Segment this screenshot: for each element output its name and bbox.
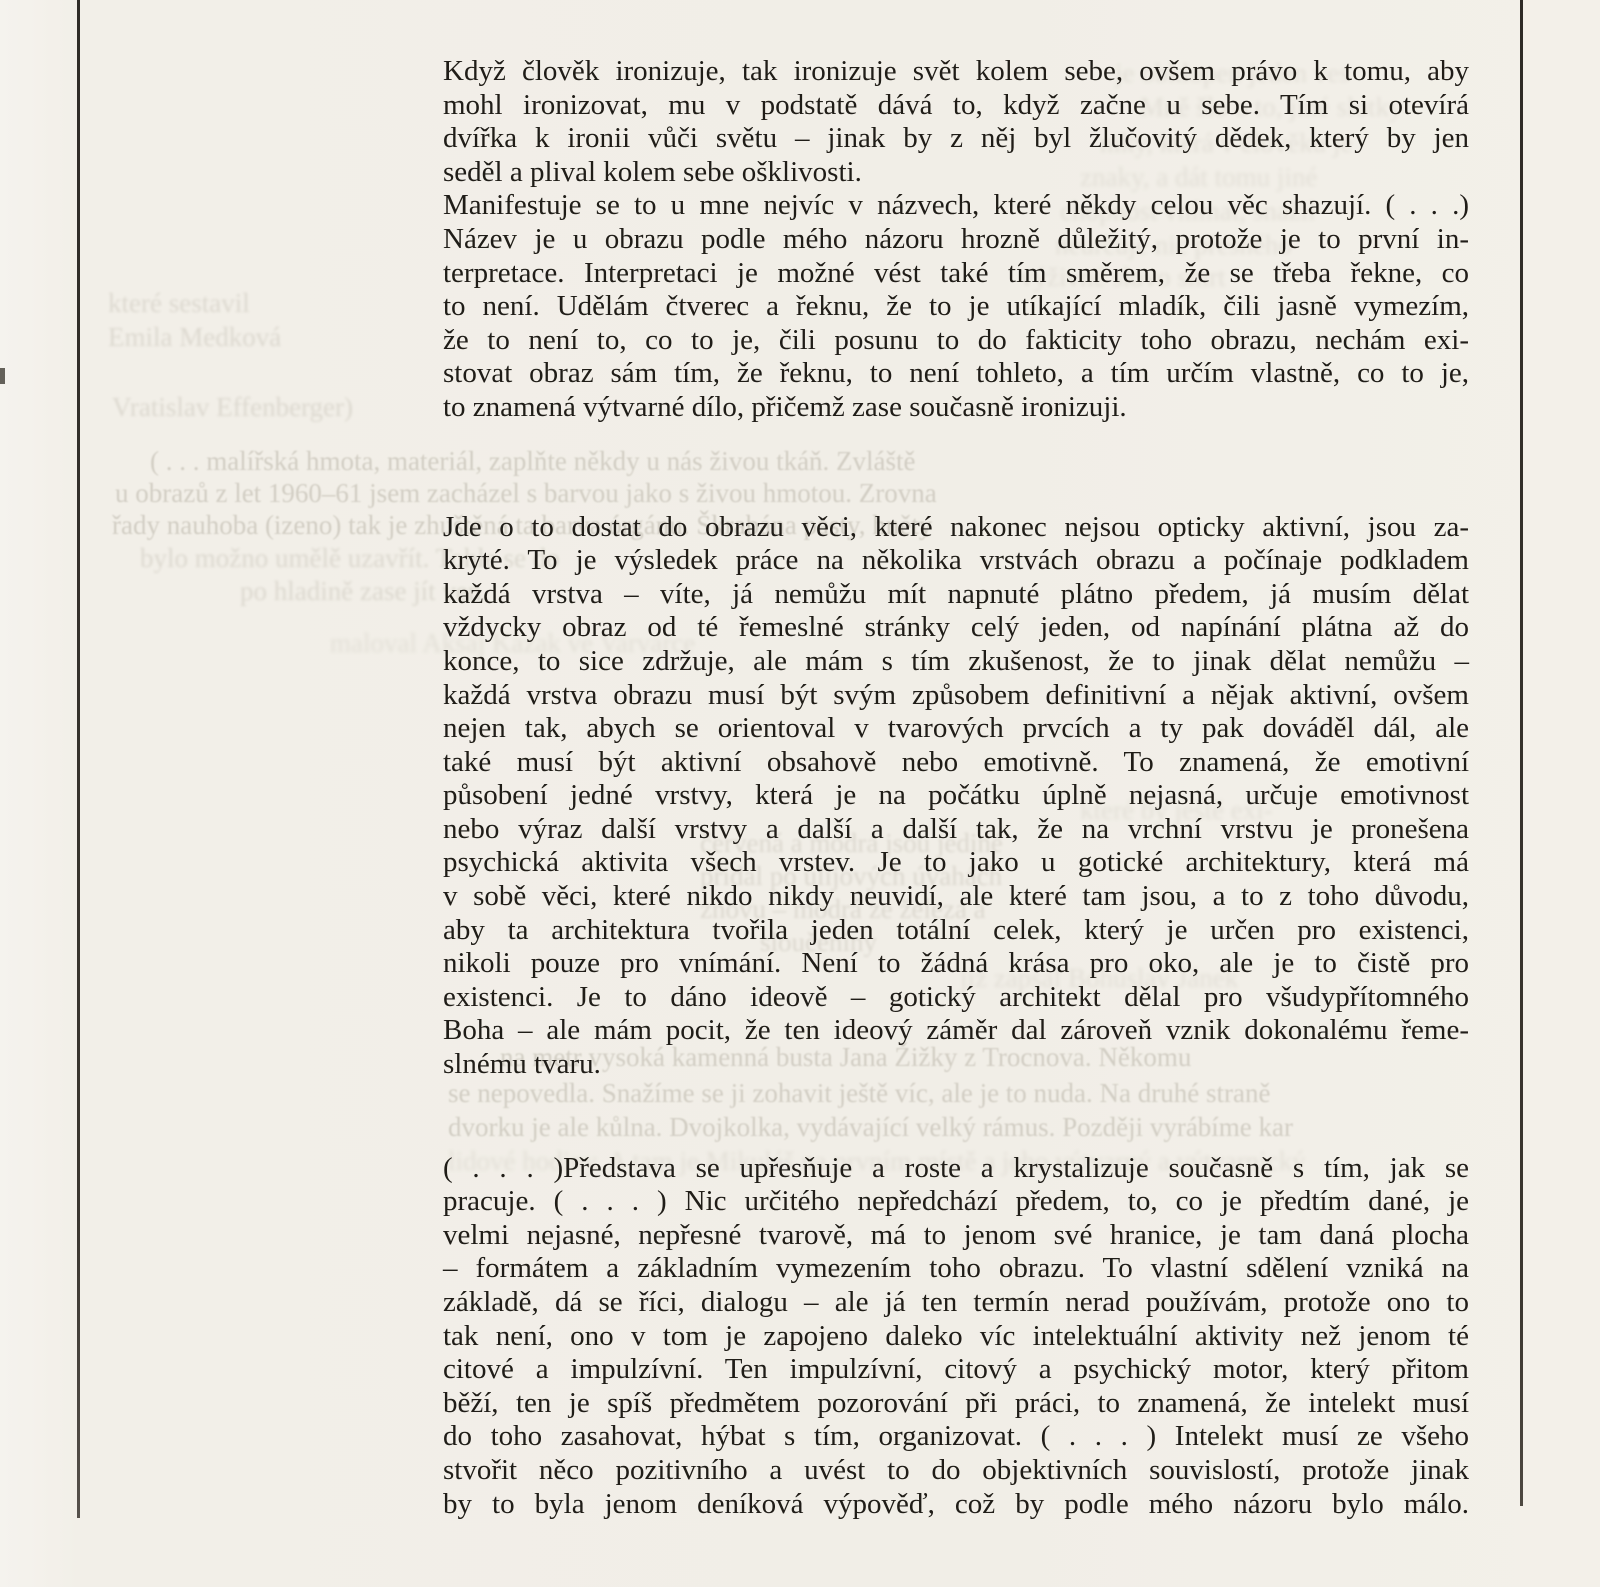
text-line: že to není to, co to je, čili posunu to … (443, 324, 1469, 358)
paragraph-idea-process: ( . . . )Představa se upřesňuje a roste … (443, 1152, 1469, 1522)
text-line: Boha – ale mám pocit, že ten ideový zámě… (443, 1014, 1469, 1048)
text-line: vždycky obraz od té řemeslné stránky cel… (443, 611, 1469, 645)
text-line: nikoli pouze pro vnímání. Není to žádná … (443, 947, 1469, 981)
text-line: aby ta architektura tvořila jeden totáln… (443, 914, 1469, 948)
text-line: konce, to sice zdržuje, ale mám s tím zk… (443, 645, 1469, 679)
text-line: v sobě věci, které nikdo nikdy neuvidí, … (443, 880, 1469, 914)
text-line: do toho zasahovat, hýbat s tím, organizo… (443, 1420, 1469, 1454)
main-text-column: Když člověk ironizuje, tak ironizuje svě… (443, 55, 1469, 1521)
text-line: terpretace. Interpretaci je možné vést t… (443, 257, 1469, 291)
text-line: Manifestuje se to u mne nejvíc v názvech… (443, 189, 1469, 223)
text-line: také musí být aktivní obsahově nebo emot… (443, 746, 1469, 780)
ghost-line: které sestavil (108, 288, 250, 319)
text-line: působení jedné vrstvy, která je na počát… (443, 779, 1469, 813)
paragraph-layers: Jde o to dostat do obrazu věci, které na… (443, 511, 1469, 1082)
text-line: by to byla jenom deníková výpověď, což b… (443, 1488, 1469, 1522)
book-page: je obklopen jeden ves Mně šlo o to, jiné… (0, 0, 1600, 1587)
text-line: – formátem a základním vymezením toho ob… (443, 1252, 1469, 1286)
text-line: existenci. Je to dáno ideově – gotický a… (443, 981, 1469, 1015)
text-line: pracuje. ( . . . ) Nic určitého nepředch… (443, 1185, 1469, 1219)
text-line: každá vrstva – víte, já nemůžu mít napnu… (443, 578, 1469, 612)
ghost-line: Vratislav Effenberger) (112, 392, 353, 423)
text-line: dvířka k ironii vůči světu – jinak by z … (443, 122, 1469, 156)
text-line: stvořit něco pozitivního a uvést to do o… (443, 1454, 1469, 1488)
text-line: běží, ten je spíš předmětem pozorování p… (443, 1387, 1469, 1421)
text-line: velmi nejasné, nepřesné tvarově, má to j… (443, 1219, 1469, 1253)
ghost-line: Emila Medková (108, 322, 281, 353)
text-line: seděl a plival kolem sebe ošklivosti. (443, 156, 1469, 190)
text-line: každá vrstva obrazu musí být svým způsob… (443, 679, 1469, 713)
text-line: stovat obraz sám tím, že řeknu, to není … (443, 357, 1469, 391)
text-line: základě, dá se říci, dialogu – ale já te… (443, 1286, 1469, 1320)
text-line: tak není, ono v tom je zapojeno daleko v… (443, 1320, 1469, 1354)
text-line: Jde o to dostat do obrazu věci, které na… (443, 511, 1469, 545)
text-line: to není. Udělám čtverec a řeknu, že to j… (443, 290, 1469, 324)
text-line: slnému tvaru. (443, 1048, 1469, 1082)
text-line: Když člověk ironizuje, tak ironizuje svě… (443, 55, 1469, 89)
text-line: to znamená výtvarné dílo, přičemž zase s… (443, 391, 1469, 425)
text-line: kryté. To je výsledek práce na několika … (443, 544, 1469, 578)
text-line: nebo výraz další vrstvy a další a další … (443, 813, 1469, 847)
paragraph-titles: Manifestuje se to u mne nejvíc v názvech… (443, 189, 1469, 424)
text-line: psychická aktivita všech vrstev. Je to j… (443, 846, 1469, 880)
paragraph-irony: Když člověk ironizuje, tak ironizuje svě… (443, 55, 1469, 189)
text-line: citové a impulzívní. Ten impulzívní, cit… (443, 1353, 1469, 1387)
text-line: ( . . . )Představa se upřesňuje a roste … (443, 1152, 1469, 1186)
text-line: nejen tak, abych se orientoval v tvarový… (443, 712, 1469, 746)
text-line: mohl ironizovat, mu v podstatě dává to, … (443, 89, 1469, 123)
text-line: Název je u obrazu podle mého názoru hroz… (443, 223, 1469, 257)
